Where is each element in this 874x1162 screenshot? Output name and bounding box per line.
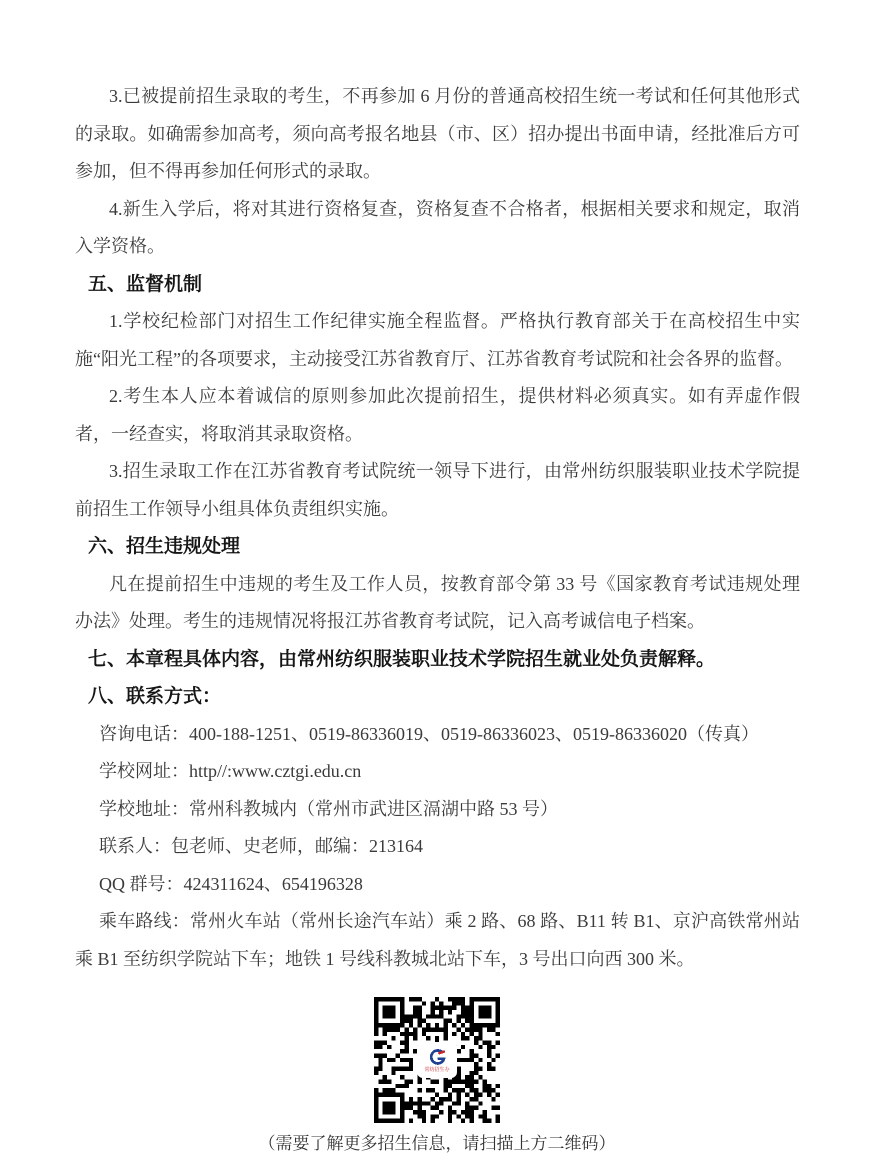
contact-line: 学校网址：http//:www.cztgi.edu.cn: [75, 753, 800, 791]
section-heading: 七、本章程具体内容，由常州纺织服装职业技术学院招生就业处负责解释。: [75, 641, 800, 679]
contact-line: 学校地址：常州科教城内（常州市武进区滆湖中路 53 号）: [75, 791, 800, 829]
qr-logo-text: 常纺招生办: [424, 1068, 449, 1073]
paragraph: 凡在提前招生中违规的考生及工作人员，按教育部令第 33 号《国家教育考试违规处理…: [75, 566, 800, 641]
contact-line: 咨询电话：400-188-1251、0519-86336019、0519-863…: [75, 716, 800, 754]
paragraph: 1.学校纪检部门对招生工作纪律实施全程监督。严格执行教育部关于在高校招生中实施“…: [75, 303, 800, 378]
qr-section: 常纺招生办: [0, 997, 874, 1123]
section-heading: 五、监督机制: [75, 266, 800, 304]
paragraph: 4.新生入学后，将对其进行资格复查，资格复查不合格者，根据相关要求和规定，取消入…: [75, 191, 800, 266]
school-logo-icon: [428, 1048, 447, 1067]
qr-caption: （需要了解更多招生信息，请扫描上方二维码）: [0, 1132, 874, 1156]
document-page: 3.已被提前招生录取的考生，不再参加 6 月份的普通高校招生统一考试和任何其他形…: [0, 0, 874, 1162]
section-heading: 六、招生违规处理: [75, 528, 800, 566]
qr-code: 常纺招生办: [374, 997, 500, 1123]
contact-line: QQ 群号：424311624、654196328: [75, 866, 800, 904]
qr-center-logo: 常纺招生办: [417, 1042, 457, 1078]
paragraph: 2.考生本人应本着诚信的原则参加此次提前招生，提供材料必须真实。如有弄虚作假者，…: [75, 378, 800, 453]
document-body: 3.已被提前招生录取的考生，不再参加 6 月份的普通高校招生统一考试和任何其他形…: [0, 0, 874, 978]
contact-line: 乘车路线：常州火车站（常州长途汽车站）乘 2 路、68 路、B11 转 B1、京…: [75, 903, 800, 978]
paragraph: 3.已被提前招生录取的考生，不再参加 6 月份的普通高校招生统一考试和任何其他形…: [75, 78, 800, 191]
contact-line: 联系人：包老师、史老师，邮编：213164: [75, 828, 800, 866]
paragraph: 3.招生录取工作在江苏省教育考试院统一领导下进行，由常州纺织服装职业技术学院提前…: [75, 453, 800, 528]
section-heading: 八、联系方式：: [75, 678, 800, 716]
